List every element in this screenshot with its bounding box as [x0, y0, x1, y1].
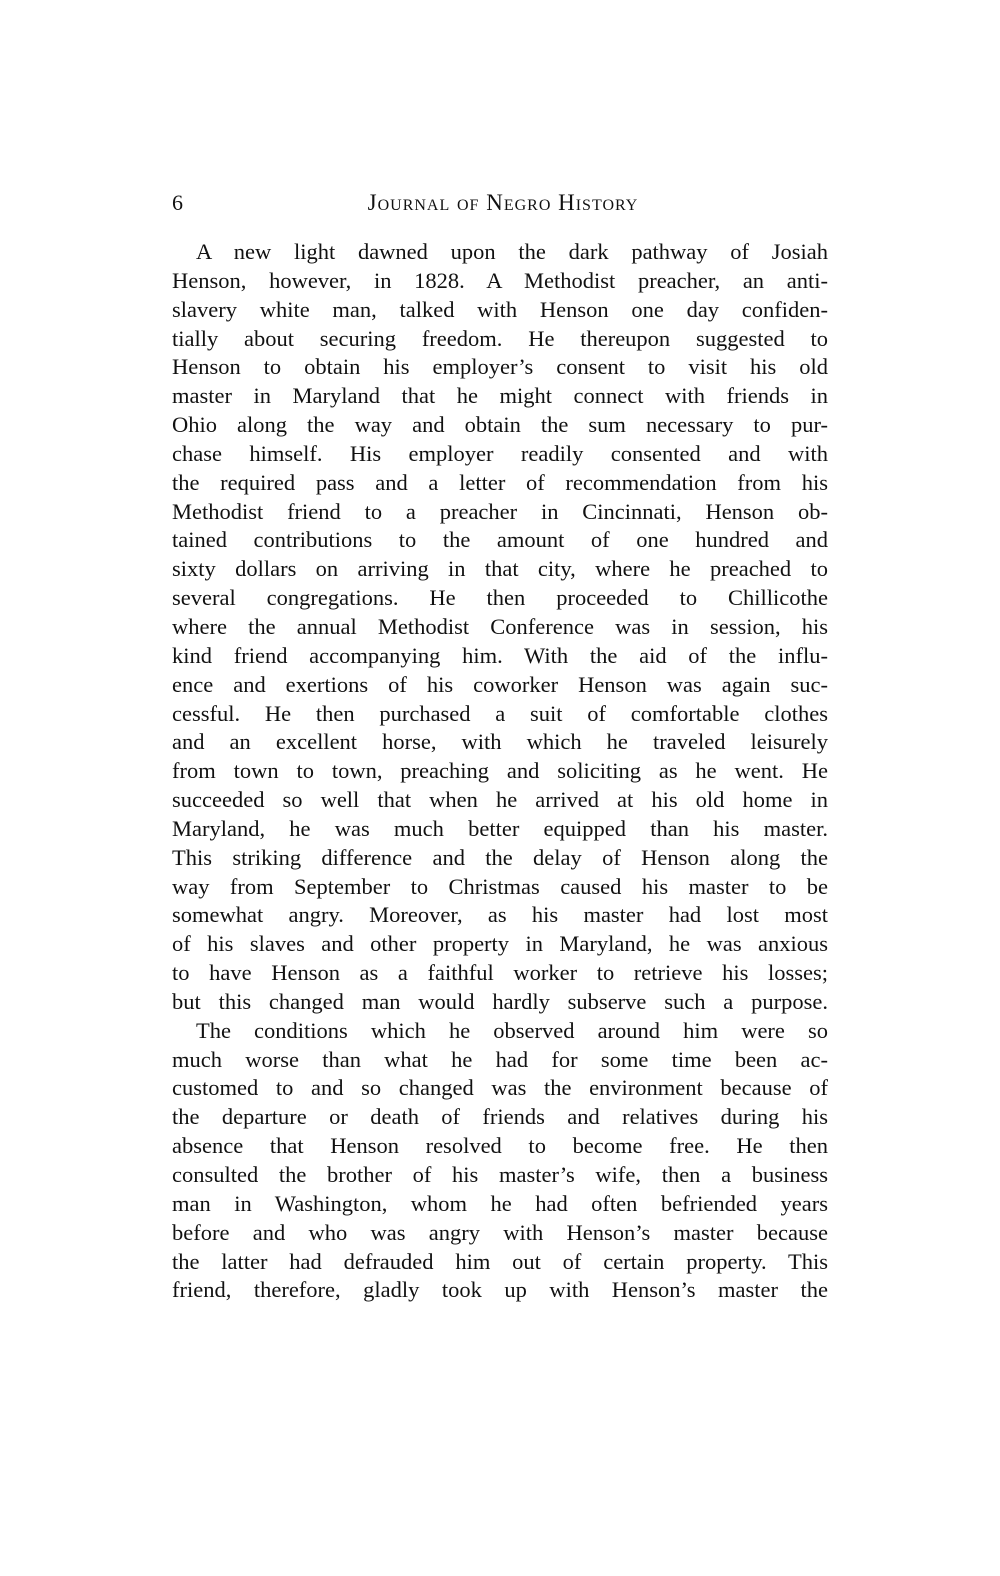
text-line: Henson to obtain his employer’s consent …	[172, 353, 828, 382]
text-line: the latter had defrauded him out of cert…	[172, 1248, 828, 1277]
text-line: Ohio along the way and obtain the sum ne…	[172, 411, 828, 440]
text-line: to have Henson as a faithful worker to r…	[172, 959, 828, 988]
text-line: slavery white man, talked with Henson on…	[172, 296, 828, 325]
text-line: before and who was angry with Henson’s m…	[172, 1219, 828, 1248]
text-line: This striking difference and the delay o…	[172, 844, 828, 873]
text-line: cessful. He then purchased a suit of com…	[172, 700, 828, 729]
text-line: kind friend accompanying him. With the a…	[172, 642, 828, 671]
text-line: customed to and so changed was the envir…	[172, 1074, 828, 1103]
document-page: 6 Journal of Negro History A new light d…	[0, 0, 1000, 1576]
paragraph-1: A new light dawned upon the dark pathway…	[172, 238, 828, 1017]
text-line: man in Washington, whom he had often bef…	[172, 1190, 828, 1219]
text-line: tained contributions to the amount of on…	[172, 526, 828, 555]
text-line: The conditions which he observed around …	[172, 1017, 828, 1046]
text-line: several congregations. He then proceeded…	[172, 584, 828, 613]
text-line: of his slaves and other property in Mary…	[172, 930, 828, 959]
text-line: ence and exertions of his coworker Henso…	[172, 671, 828, 700]
text-line: consulted the brother of his master’s wi…	[172, 1161, 828, 1190]
text-line: Henson, however, in 1828. A Methodist pr…	[172, 267, 828, 296]
body-text: A new light dawned upon the dark pathway…	[172, 238, 828, 1305]
text-line: A new light dawned upon the dark pathway…	[172, 238, 828, 267]
text-line: the departure or death of friends and re…	[172, 1103, 828, 1132]
text-line: absence that Henson resolved to become f…	[172, 1132, 828, 1161]
text-line: the required pass and a letter of recomm…	[172, 469, 828, 498]
text-line: friend, therefore, gladly took up with H…	[172, 1276, 828, 1305]
text-line: master in Maryland that he might connect…	[172, 382, 828, 411]
text-line: but this changed man would hardly subser…	[172, 988, 828, 1017]
text-line: way from September to Christmas caused h…	[172, 873, 828, 902]
text-line: sixty dollars on arriving in that city, …	[172, 555, 828, 584]
journal-title: Journal of Negro History	[172, 188, 828, 218]
text-line: where the annual Methodist Conference wa…	[172, 613, 828, 642]
paragraph-2: The conditions which he observed around …	[172, 1017, 828, 1305]
text-line: tially about securing freedom. He thereu…	[172, 325, 828, 354]
text-line: much worse than what he had for some tim…	[172, 1046, 828, 1075]
text-line: somewhat angry. Moreover, as his master …	[172, 901, 828, 930]
text-line: succeeded so well that when he arrived a…	[172, 786, 828, 815]
running-head: 6 Journal of Negro History	[172, 188, 828, 218]
text-line: Maryland, he was much better equipped th…	[172, 815, 828, 844]
text-line: from town to town, preaching and solicit…	[172, 757, 828, 786]
text-line: and an excellent horse, with which he tr…	[172, 728, 828, 757]
text-line: Methodist friend to a preacher in Cincin…	[172, 498, 828, 527]
text-line: chase himself. His employer readily cons…	[172, 440, 828, 469]
